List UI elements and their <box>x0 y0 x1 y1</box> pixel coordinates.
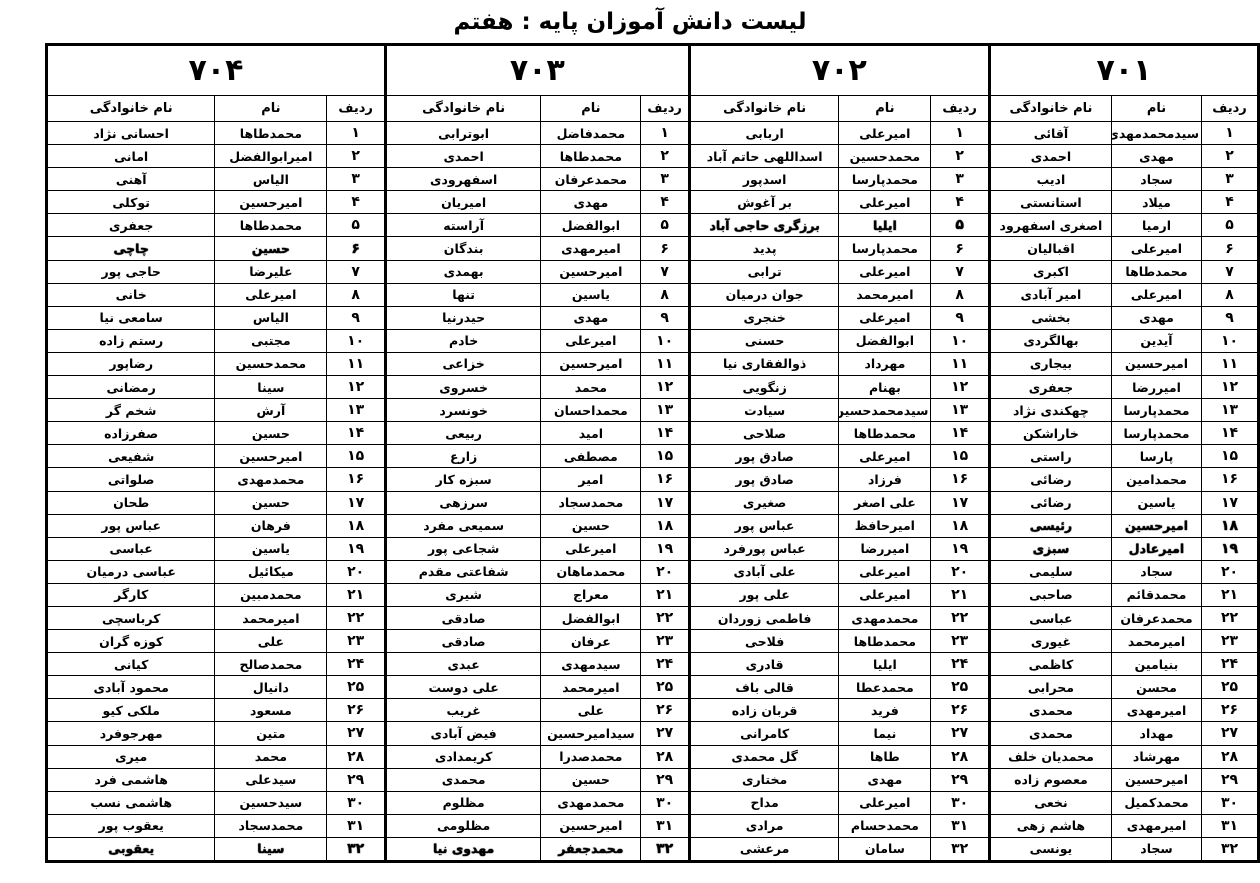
name-cell: مهدی <box>541 306 641 329</box>
student-rows: ۱امیرعلیاربابی۲محمدحسیناسداللهی حاتم آبا… <box>690 122 989 861</box>
family-cell: فاطمی زوردان <box>690 606 839 629</box>
radif-cell: ۲۰ <box>1202 560 1258 583</box>
radif-cell: ۱۸ <box>641 514 689 537</box>
student-row: ۲۳محمدطاهافلاحی <box>690 630 989 653</box>
family-cell: کوزه گران <box>48 630 215 653</box>
student-row: ۱۷محمدسجادسرزهی <box>386 491 689 514</box>
radif-cell: ۱۸ <box>1202 514 1258 537</box>
radif-cell: ۹ <box>327 306 385 329</box>
name-cell: محمدحسین <box>839 145 931 168</box>
name-cell: امیرمهدی <box>1112 699 1202 722</box>
family-cell: رضاپور <box>48 352 215 375</box>
name-cell: امیرحسین <box>215 191 327 214</box>
student-row: ۱۸امیرحسینرئیسی <box>990 514 1257 537</box>
name-cell: دانیال <box>215 676 327 699</box>
radif-cell: ۲۴ <box>1202 653 1258 676</box>
radif-cell: ۱۱ <box>641 352 689 375</box>
radif-cell: ۱۳ <box>931 399 989 422</box>
student-row: ۲۹مهدیمختاری <box>690 768 989 791</box>
name-cell: امیرعادل <box>1112 537 1202 560</box>
family-cell: مهدوی نیا <box>386 837 541 860</box>
family-cell: اصغری اسفهرود <box>990 214 1111 237</box>
radif-cell: ۱۱ <box>1202 352 1258 375</box>
name-cell: یاسین <box>215 537 327 560</box>
family-cell: سامعی نیا <box>48 306 215 329</box>
radif-cell: ۱ <box>327 122 385 145</box>
student-rows: ۱محمدفاضلابوترابی۲محمدطاهااحمدی۳محمدعرفا… <box>386 122 689 861</box>
class-section-table: ۷۰۱ ردیف نام نام خانوادگی ۱سیدمحمدمهدیآق… <box>990 45 1258 861</box>
name-cell: علیرضا <box>215 260 327 283</box>
name-cell: حسین <box>215 491 327 514</box>
name-cell: امیرعلی <box>839 560 931 583</box>
family-cell: آراسته <box>386 214 541 237</box>
radif-cell: ۱۶ <box>1202 468 1258 491</box>
student-row: ۲مهدیاحمدی <box>990 145 1257 168</box>
name-cell: امیرحسین <box>541 352 641 375</box>
family-cell: میری <box>48 745 215 768</box>
radif-cell: ۵ <box>327 214 385 237</box>
radif-column-header: ردیف <box>641 96 689 122</box>
name-cell: محمدمبین <box>215 583 327 606</box>
radif-cell: ۲۹ <box>327 768 385 791</box>
student-row: ۱۰ابوالفضلحسنی <box>690 329 989 352</box>
name-cell: سجاد <box>1112 560 1202 583</box>
radif-cell: ۷ <box>327 260 385 283</box>
student-row: ۲امیرابوالفضلامانی <box>48 145 385 168</box>
radif-cell: ۱۴ <box>641 422 689 445</box>
student-row: ۸امیرعلیامیر آبادی <box>990 283 1257 306</box>
name-cell: امیرحسین <box>541 814 641 837</box>
student-row: ۲۴محمدصالحکیانی <box>48 653 385 676</box>
family-cell: هاشم زهی <box>990 814 1111 837</box>
radif-cell: ۳۰ <box>931 791 989 814</box>
student-row: ۵محمدطاهاجعفری <box>48 214 385 237</box>
student-row: ۱۹یاسینعباسی <box>48 537 385 560</box>
family-cell: محرابی <box>990 676 1111 699</box>
student-row: ۹الیاسسامعی نیا <box>48 306 385 329</box>
student-row: ۲۵محمدعطاقالی باف <box>690 676 989 699</box>
radif-cell: ۹ <box>931 306 989 329</box>
radif-cell: ۲۴ <box>931 653 989 676</box>
student-row: ۱۳آرششخم گر <box>48 399 385 422</box>
radif-cell: ۱۲ <box>931 376 989 399</box>
family-column-header: نام خانوادگی <box>990 96 1111 122</box>
radif-cell: ۲۶ <box>1202 699 1258 722</box>
family-cell: یونسی <box>990 837 1111 860</box>
radif-cell: ۱۷ <box>931 491 989 514</box>
family-cell: ابوترابی <box>386 122 541 145</box>
student-row: ۱۱امیرحسینخزاعی <box>386 352 689 375</box>
student-row: ۱۶امیرسبزه کار <box>386 468 689 491</box>
name-cell: مهرشاد <box>1112 745 1202 768</box>
family-cell: زارع <box>386 445 541 468</box>
name-cell: سیدمهدی <box>541 653 641 676</box>
radif-cell: ۳۲ <box>327 837 385 860</box>
name-cell: امیررضا <box>839 537 931 560</box>
family-cell: عباسی <box>990 606 1111 629</box>
column-header-row: ردیف نام نام خانوادگی <box>48 96 385 122</box>
family-cell: چاچی <box>48 237 215 260</box>
radif-column-header: ردیف <box>327 96 385 122</box>
student-row: ۶امیرمهدیبندگان <box>386 237 689 260</box>
name-column-header: نام <box>215 96 327 122</box>
column-header-row: ردیف نام نام خانوادگی <box>990 96 1257 122</box>
student-row: ۲۷سیدامیرحسینفیض آبادی <box>386 722 689 745</box>
family-cell: معصوم زاده <box>990 768 1111 791</box>
student-row: ۴امیرعلیبر آغوش <box>690 191 989 214</box>
name-cell: سینا <box>215 837 327 860</box>
name-cell: مصطفی <box>541 445 641 468</box>
student-row: ۲۸طاهاگل محمدی <box>690 745 989 768</box>
student-row: ۲۰میکائیلعباسی درمیان <box>48 560 385 583</box>
section-label: ۷۰۳ <box>386 46 689 96</box>
name-cell: حسین <box>541 768 641 791</box>
student-row: ۱۰آیدینبهالگردی <box>990 329 1257 352</box>
name-cell: معراج <box>541 583 641 606</box>
student-row: ۱۴محمدطاهاصلاحی <box>690 422 989 445</box>
family-cell: مداح <box>690 791 839 814</box>
name-cell: حسین <box>541 514 641 537</box>
family-cell: عباسی درمیان <box>48 560 215 583</box>
student-row: ۴امیرحسینتوکلی <box>48 191 385 214</box>
name-cell: ابوالفضل <box>541 214 641 237</box>
family-cell: استانستی <box>990 191 1111 214</box>
student-row: ۵ابوالفضلآراسته <box>386 214 689 237</box>
student-row: ۳الیاسآهنی <box>48 168 385 191</box>
radif-cell: ۲۳ <box>1202 630 1258 653</box>
student-row: ۸امیرعلیخانی <box>48 283 385 306</box>
radif-cell: ۲۶ <box>327 699 385 722</box>
name-cell: سیدمحمدحسین <box>839 399 931 422</box>
radif-cell: ۲۸ <box>931 745 989 768</box>
student-rows: ۱محمدطاهااحسانی نژاد۲امیرابوالفضلامانی۳ا… <box>48 122 385 861</box>
name-cell: یاسین <box>541 283 641 306</box>
radif-cell: ۱۰ <box>641 329 689 352</box>
radif-cell: ۲۱ <box>327 583 385 606</box>
name-cell: امیرمهدی <box>1112 814 1202 837</box>
radif-cell: ۳ <box>1202 168 1258 191</box>
radif-cell: ۲۹ <box>641 768 689 791</box>
student-row: ۷امیرعلیترابی <box>690 260 989 283</box>
radif-cell: ۲ <box>327 145 385 168</box>
student-row: ۲۲ابوالفضلصادقی <box>386 606 689 629</box>
radif-cell: ۱۲ <box>327 376 385 399</box>
family-column-header: نام خانوادگی <box>386 96 541 122</box>
family-cell: نخعی <box>990 791 1111 814</box>
family-cell: امانی <box>48 145 215 168</box>
name-cell: ایلیا <box>839 653 931 676</box>
name-cell: طاها <box>839 745 931 768</box>
radif-cell: ۲۳ <box>641 630 689 653</box>
radif-cell: ۱ <box>641 122 689 145</box>
name-cell: امیرعلی <box>839 260 931 283</box>
family-cell: صلواتی <box>48 468 215 491</box>
radif-cell: ۱۷ <box>1202 491 1258 514</box>
family-cell: سیادت <box>690 399 839 422</box>
name-cell: محمدصالح <box>215 653 327 676</box>
student-row: ۳۲سامانمرعشی <box>690 837 989 860</box>
radif-cell: ۱۰ <box>931 329 989 352</box>
name-cell: امیرحسین <box>541 260 641 283</box>
family-cell: پدید <box>690 237 839 260</box>
student-row: ۱محمدطاهااحسانی نژاد <box>48 122 385 145</box>
name-cell: فرهان <box>215 514 327 537</box>
name-cell: پارسا <box>1112 445 1202 468</box>
family-cell: خزاعی <box>386 352 541 375</box>
student-row: ۱۶محمدامینرضائی <box>990 468 1257 491</box>
family-cell: بخشی <box>990 306 1111 329</box>
family-cell: خونسرد <box>386 399 541 422</box>
name-cell: محمدجعفر <box>541 837 641 860</box>
name-cell: سیدمحمدمهدی <box>1112 122 1202 145</box>
name-cell: مهدی <box>1112 306 1202 329</box>
family-cell: زنگویی <box>690 376 839 399</box>
radif-cell: ۱۴ <box>327 422 385 445</box>
radif-cell: ۱۵ <box>1202 445 1258 468</box>
family-cell: ملکی کیو <box>48 699 215 722</box>
student-row: ۱سیدمحمدمهدیآقائی <box>990 122 1257 145</box>
student-row: ۲۱معراجشیری <box>386 583 689 606</box>
name-cell: محمدماهان <box>541 560 641 583</box>
student-row: ۲۵امیرمحمدعلی دوست <box>386 676 689 699</box>
family-cell: یعقوبی <box>48 837 215 860</box>
class-section-table: ۷۰۳ ردیف نام نام خانوادگی ۱محمدفاضلابوتر… <box>386 45 690 861</box>
student-row: ۱۸فرهانعباس پور <box>48 514 385 537</box>
radif-cell: ۳۰ <box>327 791 385 814</box>
name-cell: امیرحسین <box>1112 768 1202 791</box>
radif-column-header: ردیف <box>1202 96 1258 122</box>
class-section-table: ۷۰۲ ردیف نام نام خانوادگی ۱امیرعلیاربابی… <box>690 45 990 861</box>
name-cell: محمدصدرا <box>541 745 641 768</box>
student-row: ۱۶محمدمهدیصلواتی <box>48 468 385 491</box>
name-cell: محمدفاضل <box>541 122 641 145</box>
name-cell: سینا <box>215 376 327 399</box>
radif-cell: ۱۵ <box>641 445 689 468</box>
radif-cell: ۲ <box>1202 145 1258 168</box>
family-cell: حسنی <box>690 329 839 352</box>
name-cell: میلاد <box>1112 191 1202 214</box>
family-cell: محمدی <box>990 722 1111 745</box>
name-cell: آرش <box>215 399 327 422</box>
family-cell: هاشمی فرد <box>48 768 215 791</box>
name-cell: محمدمهدی <box>215 468 327 491</box>
radif-cell: ۲۶ <box>931 699 989 722</box>
student-row: ۳۲محمدجعفرمهدوی نیا <box>386 837 689 860</box>
radif-cell: ۳ <box>641 168 689 191</box>
name-cell: ارمیا <box>1112 214 1202 237</box>
radif-cell: ۱۶ <box>931 468 989 491</box>
student-row: ۲۱امیرعلیعلی پور <box>690 583 989 606</box>
radif-cell: ۱۱ <box>931 352 989 375</box>
radif-cell: ۱۱ <box>327 352 385 375</box>
name-cell: امیرعلی <box>839 583 931 606</box>
student-row: ۲۸محمدصدراکریمدادی <box>386 745 689 768</box>
radif-cell: ۷ <box>641 260 689 283</box>
student-row: ۱۹امیررضاعباس پورفرد <box>690 537 989 560</box>
radif-cell: ۲ <box>931 145 989 168</box>
family-cell: رضائی <box>990 491 1111 514</box>
student-row: ۳۰امیرعلیمداح <box>690 791 989 814</box>
name-cell: امیر <box>541 468 641 491</box>
radif-cell: ۱۲ <box>641 376 689 399</box>
radif-cell: ۱ <box>1202 122 1258 145</box>
radif-cell: ۲۳ <box>327 630 385 653</box>
student-row: ۴میلاداستانستی <box>990 191 1257 214</box>
radif-cell: ۲۱ <box>1202 583 1258 606</box>
radif-cell: ۲ <box>641 145 689 168</box>
name-cell: ابوالفضل <box>541 606 641 629</box>
family-cell: غریب <box>386 699 541 722</box>
name-cell: علی <box>541 699 641 722</box>
radif-cell: ۲۹ <box>931 768 989 791</box>
radif-cell: ۲۱ <box>931 583 989 606</box>
name-cell: ابوالفضل <box>839 329 931 352</box>
student-row: ۱۱محمدحسینرضاپور <box>48 352 385 375</box>
student-row: ۱۷یاسینرضائی <box>990 491 1257 514</box>
family-cell: صلاحی <box>690 422 839 445</box>
radif-cell: ۹ <box>1202 306 1258 329</box>
section-label: ۷۰۴ <box>48 46 385 96</box>
student-row: ۲۱محمدقائمصاحبی <box>990 583 1257 606</box>
radif-cell: ۶ <box>931 237 989 260</box>
family-cell: مهرجوفرد <box>48 722 215 745</box>
radif-cell: ۳۰ <box>1202 791 1258 814</box>
name-cell: محمدکمیل <box>1112 791 1202 814</box>
family-cell: علی دوست <box>386 676 541 699</box>
student-row: ۲۲محمدعرفانعباسی <box>990 606 1257 629</box>
family-cell: محمود آبادی <box>48 676 215 699</box>
student-row: ۲۹حسینمحمدی <box>386 768 689 791</box>
name-cell: سجاد <box>1112 168 1202 191</box>
radif-cell: ۲۳ <box>931 630 989 653</box>
family-cell: بهالگردی <box>990 329 1111 352</box>
radif-cell: ۸ <box>641 283 689 306</box>
radif-cell: ۳۱ <box>931 814 989 837</box>
student-row: ۲۴ایلیاقادری <box>690 653 989 676</box>
student-row: ۸یاسینتنها <box>386 283 689 306</box>
family-cell: رمضانی <box>48 376 215 399</box>
radif-cell: ۱۳ <box>327 399 385 422</box>
student-row: ۱امیرعلیاربابی <box>690 122 989 145</box>
radif-cell: ۳۱ <box>327 814 385 837</box>
family-cell: سرزهی <box>386 491 541 514</box>
student-row: ۱۹امیرعادلسبزی <box>990 537 1257 560</box>
name-cell: امیرعلی <box>1112 283 1202 306</box>
family-cell: آقائی <box>990 122 1111 145</box>
name-cell: میکائیل <box>215 560 327 583</box>
name-cell: الیاس <box>215 168 327 191</box>
radif-cell: ۱۶ <box>641 468 689 491</box>
radif-cell: ۸ <box>327 283 385 306</box>
radif-cell: ۲۴ <box>641 653 689 676</box>
radif-cell: ۳۲ <box>931 837 989 860</box>
radif-cell: ۷ <box>1202 260 1258 283</box>
student-row: ۲۳علیکوزه گران <box>48 630 385 653</box>
name-cell: امیرمحمد <box>541 676 641 699</box>
radif-cell: ۲۵ <box>327 676 385 699</box>
family-cell: صادقی <box>386 630 541 653</box>
radif-cell: ۲۱ <box>641 583 689 606</box>
radif-cell: ۳۰ <box>641 791 689 814</box>
student-row: ۱۴حسینصفرزاده <box>48 422 385 445</box>
name-cell: متین <box>215 722 327 745</box>
family-cell: محمدی <box>386 768 541 791</box>
student-row: ۱۰مجتبیرستم زاده <box>48 329 385 352</box>
radif-cell: ۲۴ <box>327 653 385 676</box>
name-cell: محمدپارسا <box>839 237 931 260</box>
family-cell: خادم <box>386 329 541 352</box>
radif-cell: ۱۸ <box>327 514 385 537</box>
radif-cell: ۵ <box>931 214 989 237</box>
radif-cell: ۲۲ <box>327 606 385 629</box>
name-cell: محمدعرفان <box>541 168 641 191</box>
name-cell: محمدطاها <box>541 145 641 168</box>
family-cell: اکبری <box>990 260 1111 283</box>
student-row: ۲۲محمدمهدیفاطمی زوردان <box>690 606 989 629</box>
radif-cell: ۱۴ <box>931 422 989 445</box>
radif-column-header: ردیف <box>931 96 989 122</box>
family-cell: خسروی <box>386 376 541 399</box>
family-cell: شفیعی <box>48 445 215 468</box>
family-cell: صادقی <box>386 606 541 629</box>
name-cell: حسین <box>215 237 327 260</box>
family-cell: سبزی <box>990 537 1111 560</box>
name-cell: مهدی <box>839 768 931 791</box>
name-cell: مهدی <box>1112 145 1202 168</box>
family-cell: عباسی <box>48 537 215 560</box>
student-row: ۹مهدیحیدرنیا <box>386 306 689 329</box>
student-row: ۲محمدحسیناسداللهی حاتم آباد <box>690 145 989 168</box>
section-header-row: ۷۰۴ <box>48 46 385 96</box>
name-cell: فرید <box>839 699 931 722</box>
name-cell: محمدطاها <box>839 422 931 445</box>
radif-cell: ۶ <box>327 237 385 260</box>
family-cell: جوان درمیان <box>690 283 839 306</box>
family-cell: فلاحی <box>690 630 839 653</box>
family-cell: خنجری <box>690 306 839 329</box>
name-cell: مسعود <box>215 699 327 722</box>
student-row: ۲۷متینمهرجوفرد <box>48 722 385 745</box>
radif-cell: ۸ <box>931 283 989 306</box>
name-cell: محسن <box>1112 676 1202 699</box>
family-cell: امیر آبادی <box>990 283 1111 306</box>
student-row: ۳محمدعرفاناسفهرودی <box>386 168 689 191</box>
name-cell: سیدعلی <box>215 768 327 791</box>
radif-cell: ۲۰ <box>641 560 689 583</box>
student-row: ۱۷علی اصغرصغیری <box>690 491 989 514</box>
family-cell: خانی <box>48 283 215 306</box>
student-row: ۲۶علیغریب <box>386 699 689 722</box>
family-cell: محمدیان خلف <box>990 745 1111 768</box>
student-row: ۷امیرحسینبهمدی <box>386 260 689 283</box>
name-cell: فرزاد <box>839 468 931 491</box>
radif-cell: ۲۵ <box>1202 676 1258 699</box>
student-row: ۲۰امیرعلیعلی آبادی <box>690 560 989 583</box>
name-cell: امیرحسین <box>1112 352 1202 375</box>
name-cell: بنیامین <box>1112 653 1202 676</box>
family-cell: کارگر <box>48 583 215 606</box>
name-cell: محمدسجاد <box>215 814 327 837</box>
radif-cell: ۲۷ <box>327 722 385 745</box>
student-row: ۱۵مصطفیزارع <box>386 445 689 468</box>
radif-cell: ۹ <box>641 306 689 329</box>
name-cell: امیرعلی <box>839 791 931 814</box>
name-cell: آیدین <box>1112 329 1202 352</box>
student-row: ۳۱محمدحساممرادی <box>690 814 989 837</box>
radif-cell: ۱۹ <box>327 537 385 560</box>
family-cell: شخم گر <box>48 399 215 422</box>
radif-cell: ۳ <box>327 168 385 191</box>
